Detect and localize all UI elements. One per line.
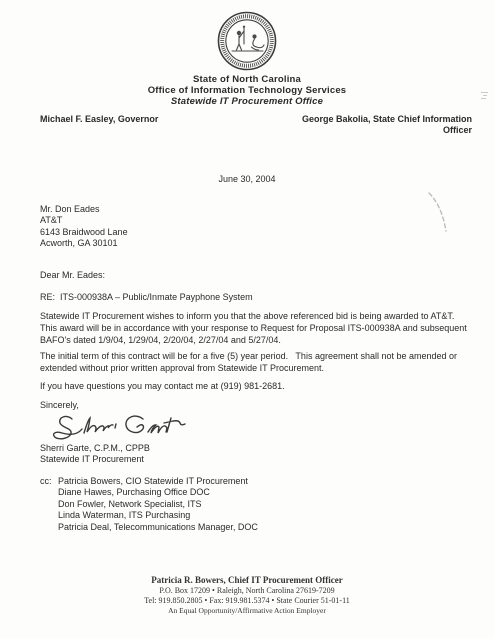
recipient-city: Acworth, GA 30101 [40, 238, 128, 249]
body-paragraph-2: The initial term of this contract will b… [40, 351, 472, 375]
footer-eeo-line: An Equal Opportunity/Affirmative Action … [0, 606, 494, 616]
org-state-line: State of North Carolina [0, 74, 494, 85]
cc-label: cc: [40, 476, 58, 533]
letterhead: State of North Carolina Office of Inform… [0, 74, 494, 107]
re-line: RE: ITS-000938A – Public/Inmate Payphone… [40, 292, 253, 302]
cc-recipient: Linda Waterman, ITS Purchasing [58, 510, 258, 521]
salutation: Dear Mr. Eades: [40, 270, 105, 280]
recipient-street: 6143 Braidwood Lane [40, 227, 128, 238]
scan-artifact-curve [426, 190, 454, 239]
cc-recipient: Patricia Bowers, CIO Statewide IT Procur… [58, 476, 258, 487]
signer-name-title: Sherri Garte, C.P.M., CPPB [40, 443, 150, 454]
body-paragraph-3: If you have questions you may contact me… [40, 381, 472, 393]
org-division-line: Statewide IT Procurement Office [0, 96, 494, 107]
cio-line2: Officer [302, 125, 472, 136]
body-paragraph-1: Statewide IT Procurement wishes to infor… [40, 311, 472, 346]
officials-row: Michael F. Easley, Governor George Bakol… [40, 114, 472, 136]
cio-name: George Bakolia, State Chief Information … [302, 114, 472, 136]
signer-block: Sherri Garte, C.P.M., CPPB Statewide IT … [40, 443, 150, 466]
footer-contact: Tel: 919.850.2805 • Fax: 919.981.5374 • … [0, 596, 494, 606]
cc-recipient: Patricia Deal, Telecommunications Manage… [58, 522, 258, 533]
cc-block: cc: Patricia Bowers, CIO Statewide IT Pr… [40, 476, 258, 533]
recipient-name: Mr. Don Eades [40, 204, 128, 215]
letter-date: June 30, 2004 [0, 174, 494, 184]
north-carolina-state-seal-icon [216, 10, 278, 77]
letter-page: State of North Carolina Office of Inform… [0, 0, 494, 639]
cc-list: Patricia Bowers, CIO Statewide IT Procur… [58, 476, 258, 533]
cc-recipient: Don Fowler, Network Specialist, ITS [58, 499, 258, 510]
recipient-address: Mr. Don Eades AT&T 6143 Braidwood Lane A… [40, 204, 128, 249]
governor-name: Michael F. Easley, Governor [40, 114, 158, 136]
footer-address: P.O. Box 17209 • Raleigh, North Carolina… [0, 586, 494, 596]
cio-line1: George Bakolia, State Chief Information [302, 114, 472, 125]
signer-office: Statewide IT Procurement [40, 454, 150, 465]
footer-officer: Patricia R. Bowers, Chief IT Procurement… [0, 575, 494, 586]
closing: Sincerely, [40, 400, 79, 410]
letter-footer: Patricia R. Bowers, Chief IT Procurement… [0, 575, 494, 616]
recipient-company: AT&T [40, 215, 128, 226]
cc-recipient: Diane Hawes, Purchasing Office DOC [58, 487, 258, 498]
org-office-line: Office of Information Technology Service… [0, 85, 494, 96]
scan-artifact-specks [481, 92, 491, 104]
